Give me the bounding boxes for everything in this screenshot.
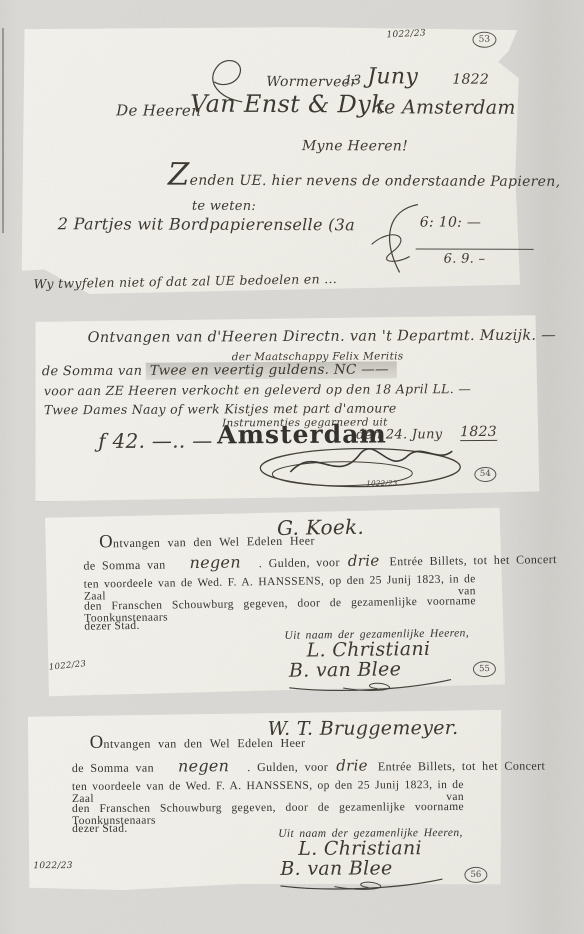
address-suffix: te Amsterdam xyxy=(376,96,516,118)
somma-mid: . Gulden, voor xyxy=(259,555,340,570)
concert-receipt-bruggemeyer: Ontvangen van den Wel Edelen Heer W. T. … xyxy=(26,709,505,894)
item-line: 2 Partjes wit Bordpapierenselle (3a xyxy=(58,214,355,234)
archive-ref: 1022/23 xyxy=(33,861,73,871)
somma-mid: . Gulden, voor xyxy=(247,760,328,774)
body-line-2: te weten: xyxy=(192,199,256,214)
somma-amount: negen xyxy=(189,552,241,572)
receipt-line-1: Ontvangen van d'Heeren Directn. van 't D… xyxy=(88,328,556,346)
somma-label: de Somma van xyxy=(83,558,165,573)
concert-receipt-koek: Ontvangen van den Wel Edelen Heer G. Koe… xyxy=(43,507,506,697)
somma-end: Entrée Billets, tot het Concert xyxy=(389,552,557,568)
signature-flourish xyxy=(256,441,472,490)
salutation: Myne Heeren! xyxy=(302,138,408,154)
letter-slip-1822: 1022/23 53 Wormerveer 13 Juny 1822 De He… xyxy=(20,25,537,297)
address-prefix: De Heeren xyxy=(116,101,201,119)
archive-ref: 1022/23 xyxy=(386,28,426,40)
signature-christiani: L. Christiani xyxy=(298,837,422,860)
dateline-day: 13 xyxy=(344,73,361,88)
delivery-line: voor aan ZE Heeren verkocht en geleverd … xyxy=(44,381,471,398)
amount-bottom: 6. 9. – xyxy=(444,252,486,267)
body-line-5: dezer Stad. xyxy=(72,823,128,835)
somma-line: de Somma van negen . Gulden, voor drie E… xyxy=(72,755,545,777)
somma-end: Entrée Billets, tot het Concert xyxy=(378,759,545,774)
somma-label: de Somma van xyxy=(72,761,154,775)
body-line-5: dezer Stad. xyxy=(84,620,140,633)
amount-top: 6: 10: — xyxy=(420,214,482,230)
somma-amount: negen xyxy=(178,756,229,775)
scanned-archive-page: 1022/23 53 Wormerveer 13 Juny 1822 De He… xyxy=(0,0,584,934)
body-line-4: den Franschen Schouwburg gegeven, door d… xyxy=(72,801,464,827)
somma-label: de Somma van xyxy=(42,364,143,380)
catalog-number-badge: 53 xyxy=(472,32,496,48)
catalog-number-badge: 56 xyxy=(464,867,487,883)
catalog-number: 54 xyxy=(480,469,491,479)
goods-line: Twee Dames Naay of werk Kistjes met part… xyxy=(44,400,397,417)
signature-swash xyxy=(276,875,448,892)
dateline-year: 1822 xyxy=(452,72,489,88)
catalog-number: 55 xyxy=(479,664,490,674)
binder-edge-line xyxy=(2,28,4,233)
payer-name: W. T. Bruggemeyer. xyxy=(268,717,459,740)
addressee-name: Van Enst & Dyk xyxy=(190,90,386,119)
catalog-number: 56 xyxy=(470,870,481,880)
somma-amount: Twee en veertig guldens. NC —— xyxy=(146,361,397,379)
archive-ref: 1022/23 xyxy=(366,479,397,487)
dateline-month: Juny xyxy=(367,64,418,89)
brace-flourish xyxy=(362,202,424,276)
body-line-1: Zenden UE. hier nevens de onderstaande P… xyxy=(168,168,560,190)
year-handwritten: 1823 xyxy=(460,424,497,441)
receipt-slip-felix-meritis: Ontvangen van d'Heeren Directn. van 't D… xyxy=(34,315,541,502)
ticket-count: drie xyxy=(348,552,380,570)
catalog-number-badge: 54 xyxy=(474,467,496,482)
amount-guilders: ƒ 42. —.. — xyxy=(98,428,212,453)
catalog-number: 53 xyxy=(479,35,490,45)
payer-name: G. Koek. xyxy=(277,515,364,540)
ticket-count: drie xyxy=(336,756,368,774)
signature-swash xyxy=(285,675,457,693)
